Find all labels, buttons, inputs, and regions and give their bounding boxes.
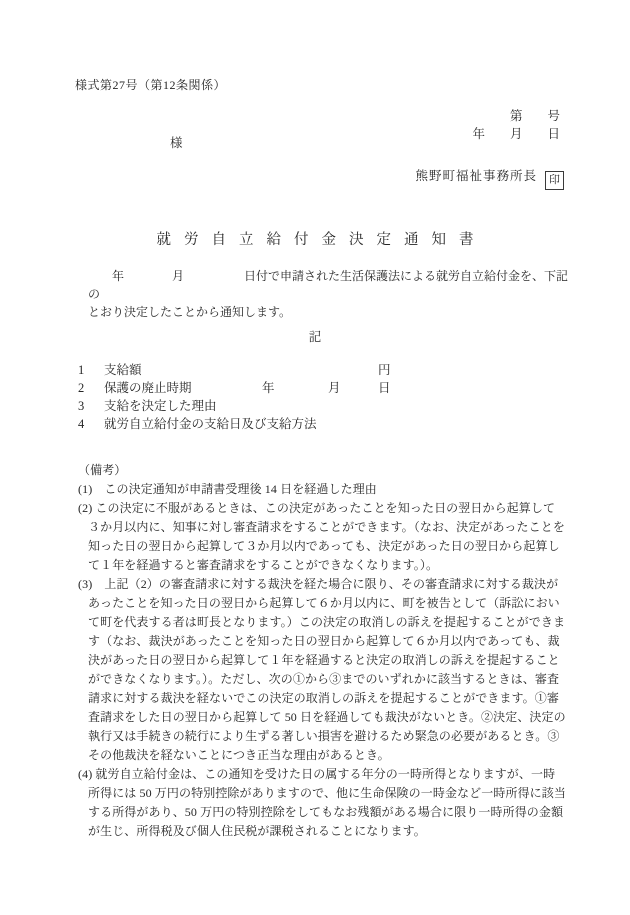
- seal-stamp-box: 印: [545, 171, 564, 190]
- remark-line: (4) 就労自立給付金は、この通知を受けた日の属する年分の一時所得となりますが、…: [78, 765, 570, 784]
- remark-line: ができなくなります。）。ただし、次の①から③までのいずれかに該当するときは、審査: [78, 670, 570, 689]
- remark-line: 決があった日の翌日から起算して１年を経過すると決定の取消しの訴えを提起すること: [78, 651, 570, 670]
- item-number: 1: [78, 361, 104, 379]
- remark-line: ３か月以内に、知事に対し審査請求をすることができます。（なお、決定があったことを: [78, 518, 570, 537]
- intro-line-2: とおり決定したことから通知します。: [88, 303, 568, 321]
- issuer-name: 熊野町福祉事務所長: [415, 169, 537, 183]
- unit-day: 日: [378, 379, 391, 397]
- remark-line: その他裁決を経ないことにつき正当な理由があるとき。: [78, 746, 570, 765]
- remark-line: する所得があり、50 万円の特別控除をしてもなお残額がある場合に限り一時所得の金…: [78, 803, 570, 822]
- remark-line: 知った日の翌日から起算して３か月以内であっても、決定があった日の翌日から起算し: [78, 537, 570, 556]
- notice-document-page: 様式第27号（第12条関係） 第 号 年 月 日 様 熊野町福祉事務所長印 就労…: [0, 0, 630, 915]
- item-protection-end-date: 2保護の廃止時期 年 月 日: [0, 379, 630, 397]
- remark-line: て町を代表する者は町長となります。）この決定の取消しの訴えを提起することができま: [78, 613, 570, 632]
- item-number: 4: [78, 415, 104, 433]
- remark-line: 請求に対する裁決を経ないでこの決定の取消しの訴えを提起することができます。①審: [78, 689, 570, 708]
- document-title: 就労自立給付金決定通知書: [0, 228, 630, 249]
- item-number: 3: [78, 397, 104, 415]
- unit-month: 月: [328, 379, 341, 397]
- decision-items-list: 1支給額 円 2保護の廃止時期 年 月 日 3支給を決定した理由 4就労自立給付…: [0, 361, 630, 433]
- unit-year: 年: [262, 379, 275, 397]
- remark-line: が生じ、所得税及び個人住民税が課税されることになります。: [78, 822, 570, 841]
- remark-line: 執行又は手続きの続行により生ずる著しい損害を避けるため緊急の必要があるとき。③: [78, 727, 570, 746]
- form-number: 様式第27号（第12条関係）: [75, 76, 226, 93]
- issuer-line: 熊野町福祉事務所長印: [0, 166, 630, 190]
- remark-line: (2) この決定に不服があるときは、この決定があったことを知った日の翌日から起算…: [78, 499, 570, 518]
- addressee-honorific: 様: [170, 133, 183, 151]
- item-label: 就労自立給付金の支給日及び支給方法: [104, 417, 317, 431]
- remark-line: 所得には 50 万円の特別控除がありますので、他に生命保険の一時金など一時所得に…: [78, 784, 570, 803]
- remark-line: (1) この決定通知が申請書受理後 14 日を経過した理由: [78, 480, 570, 499]
- remarks-heading: （備考）: [78, 461, 570, 480]
- item-payment-date-method: 4就労自立給付金の支給日及び支給方法: [0, 415, 630, 433]
- document-number-line: 第 号: [0, 106, 630, 124]
- record-marker: 記: [0, 327, 630, 345]
- intro-line-1: 年 月 日付で申請された生活保護法による就労自立給付金を、下記の: [88, 267, 568, 303]
- intro-paragraph: 年 月 日付で申請された生活保護法による就労自立給付金を、下記の とおり決定した…: [88, 267, 568, 321]
- remark-line: て１年を経過すると審査請求をすることができなくなります。）。: [78, 556, 570, 575]
- remarks-section: （備考） (1) この決定通知が申請書受理後 14 日を経過した理由 (2) こ…: [78, 461, 570, 841]
- item-label: 支給額: [104, 363, 142, 377]
- item-number: 2: [78, 379, 104, 397]
- remark-line: あったことを知った日の翌日から起算して６か月以内に、町を被告として（訴訟におい: [78, 594, 570, 613]
- issue-date-line: 年 月 日: [0, 124, 630, 142]
- remark-line: (3) 上記（2）の審査請求に対する裁決を経た場合に限り、その審査請求に対する裁…: [78, 575, 570, 594]
- remark-line: す（なお、裁決があったことを知った日の翌日から起算して６か月以内であっても、裁: [78, 632, 570, 651]
- item-label: 支給を決定した理由: [104, 399, 217, 413]
- item-decision-reason: 3支給を決定した理由: [0, 397, 630, 415]
- remark-line: 査請求をした日の翌日から起算して 50 日を経過しても裁決がないとき。②決定、決…: [78, 708, 570, 727]
- item-payment-amount: 1支給額 円: [0, 361, 630, 379]
- unit-yen: 円: [378, 361, 391, 379]
- item-label: 保護の廃止時期: [104, 381, 192, 395]
